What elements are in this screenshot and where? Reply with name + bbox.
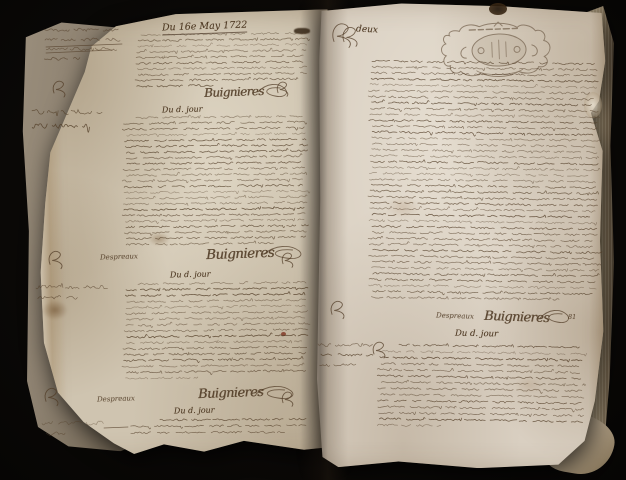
section-heading: Du d. jour [174, 406, 215, 415]
section-heading: Du d. jour [162, 105, 203, 114]
fee-mark: 81 [568, 314, 576, 321]
clerk-name: Despreaux [436, 312, 474, 320]
page-number-word: deux [356, 25, 378, 35]
manuscript-photo: Du 16e May 1722 Du d. jour Du d. jour Du… [0, 0, 626, 480]
section-heading: Du d. jour [455, 330, 498, 339]
signature: Buignieres [204, 85, 264, 99]
clerk-name: Despreaux [100, 253, 138, 261]
section-heading: Du d. jour [170, 270, 211, 279]
signature: Buignieres [484, 310, 550, 325]
signature: Buignieres [206, 247, 274, 263]
generalite-stamp-icon [435, 18, 565, 80]
clerk-name: Despreaux [97, 395, 135, 403]
signature: Buignieres [198, 386, 264, 401]
